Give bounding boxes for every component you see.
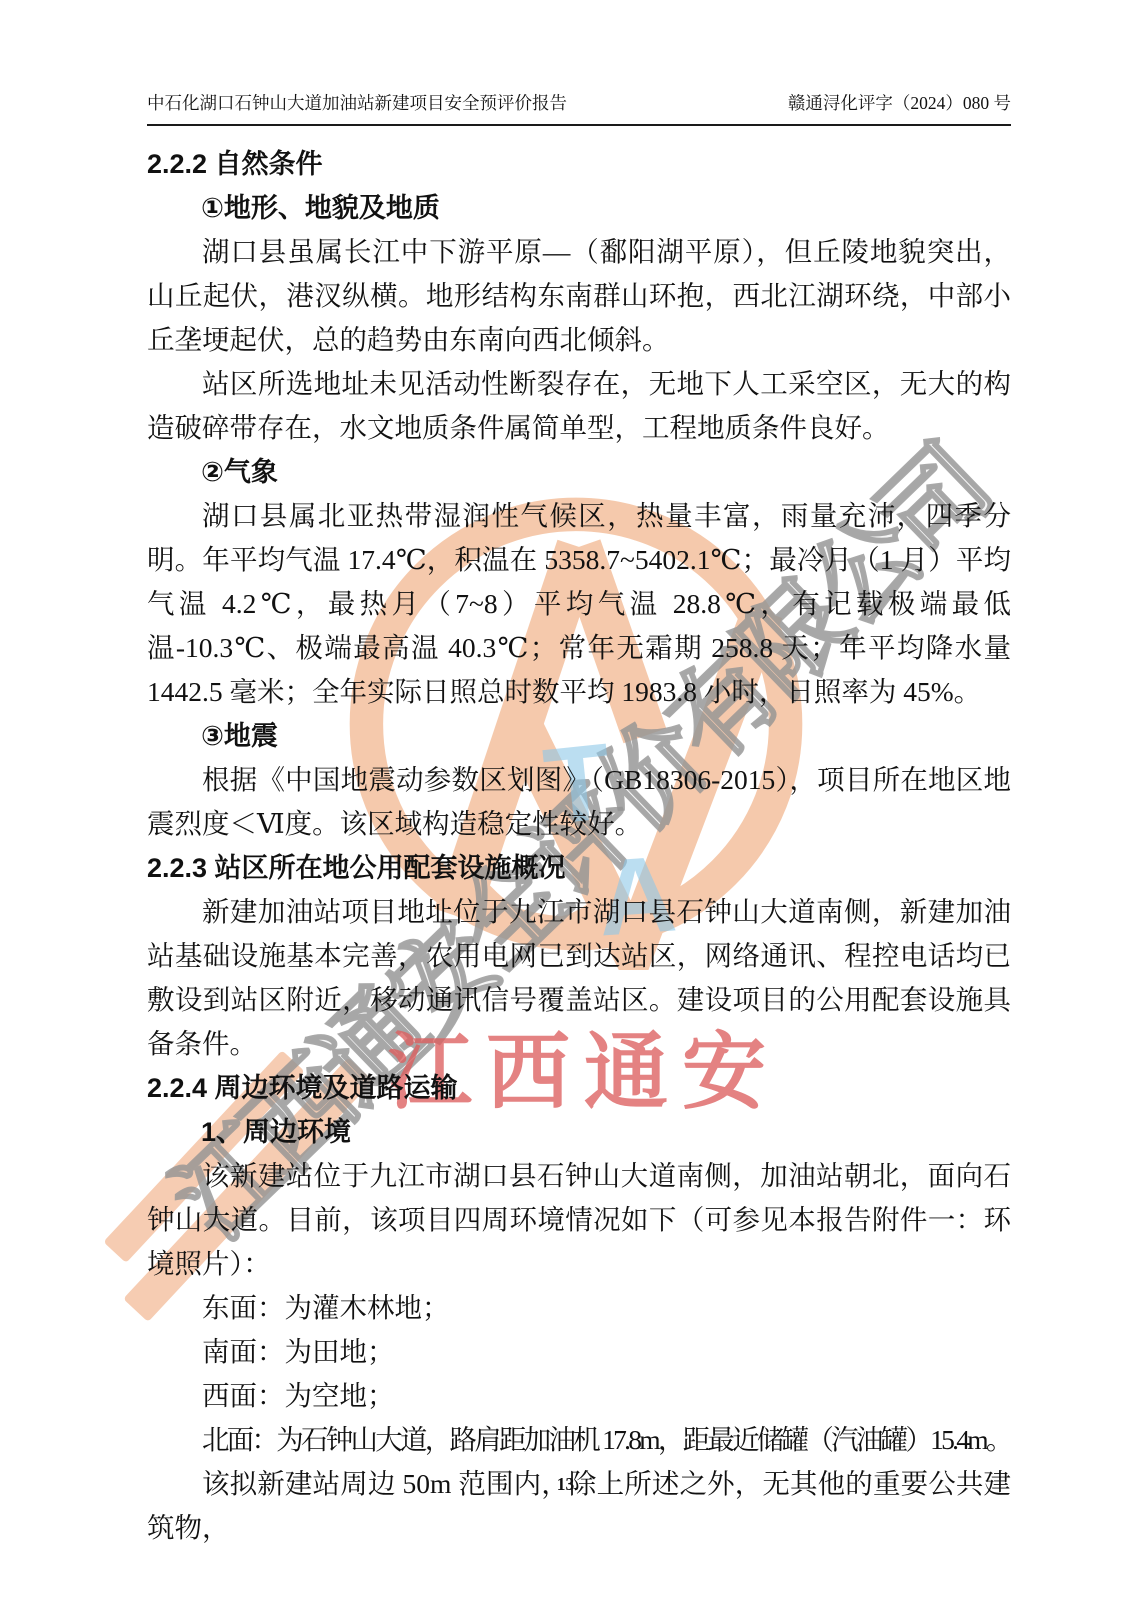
subheading-terrain: ①地形、地貌及地质 — [147, 186, 1011, 230]
page-number: 13 — [0, 1474, 1131, 1495]
section-heading-2-2-2: 2.2.2 自然条件 — [147, 142, 1011, 186]
paragraph-terrain-1: 湖口县虽属长江中下游平原—（鄱阳湖平原），但丘陵地貌突出，山丘起伏，港汊纵横。地… — [147, 230, 1011, 362]
document-body: 2.2.2 自然条件 ①地形、地貌及地质 湖口县虽属长江中下游平原—（鄱阳湖平原… — [147, 142, 1011, 1550]
section-heading-2-2-4: 2.2.4 周边环境及道路运输 — [147, 1066, 1011, 1110]
list-item-south: 南面：为田地； — [147, 1330, 1011, 1374]
section-heading-2-2-3: 2.2.3 站区所在地公用配套设施概况 — [147, 846, 1011, 890]
document-page: 中石化湖口石钟山大道加油站新建项目安全预评价报告 赣通浔化评字（2024）080… — [0, 0, 1131, 1550]
subheading-earthquake: ③地震 — [147, 714, 1011, 758]
paragraph-climate: 湖口县属北亚热带湿润性气候区，热量丰富，雨量充沛，四季分明。年平均气温 17.4… — [147, 494, 1011, 714]
paragraph-surroundings-intro: 该新建站位于九江市湖口县石钟山大道南侧，加油站朝北，面向石钟山大道。目前，该项目… — [147, 1154, 1011, 1286]
paragraph-earthquake: 根据《中国地震动参数区划图》（GB18306-2015），项目所在地区地震烈度＜… — [147, 758, 1011, 846]
subheading-surroundings: 1、周边环境 — [147, 1110, 1011, 1154]
list-item-east: 东面：为灌木林地； — [147, 1286, 1011, 1330]
document-number: 赣通浔化评字（2024）080 号 — [788, 92, 1011, 114]
subheading-climate: ②气象 — [147, 450, 1011, 494]
paragraph-terrain-2: 站区所选地址未见活动性断裂存在，无地下人工采空区，无大的构造破碎带存在，水文地质… — [147, 362, 1011, 450]
report-title: 中石化湖口石钟山大道加油站新建项目安全预评价报告 — [147, 92, 567, 114]
page-header: 中石化湖口石钟山大道加油站新建项目安全预评价报告 赣通浔化评字（2024）080… — [147, 92, 1011, 126]
list-item-north: 北面：为石钟山大道，路肩距加油机 17.8m，距最近储罐（汽油罐）15.4m。 — [147, 1418, 1011, 1462]
list-item-west: 西面：为空地； — [147, 1374, 1011, 1418]
paragraph-utilities: 新建加油站项目地址位于九江市湖口县石钟山大道南侧，新建加油站基础设施基本完善，农… — [147, 890, 1011, 1066]
